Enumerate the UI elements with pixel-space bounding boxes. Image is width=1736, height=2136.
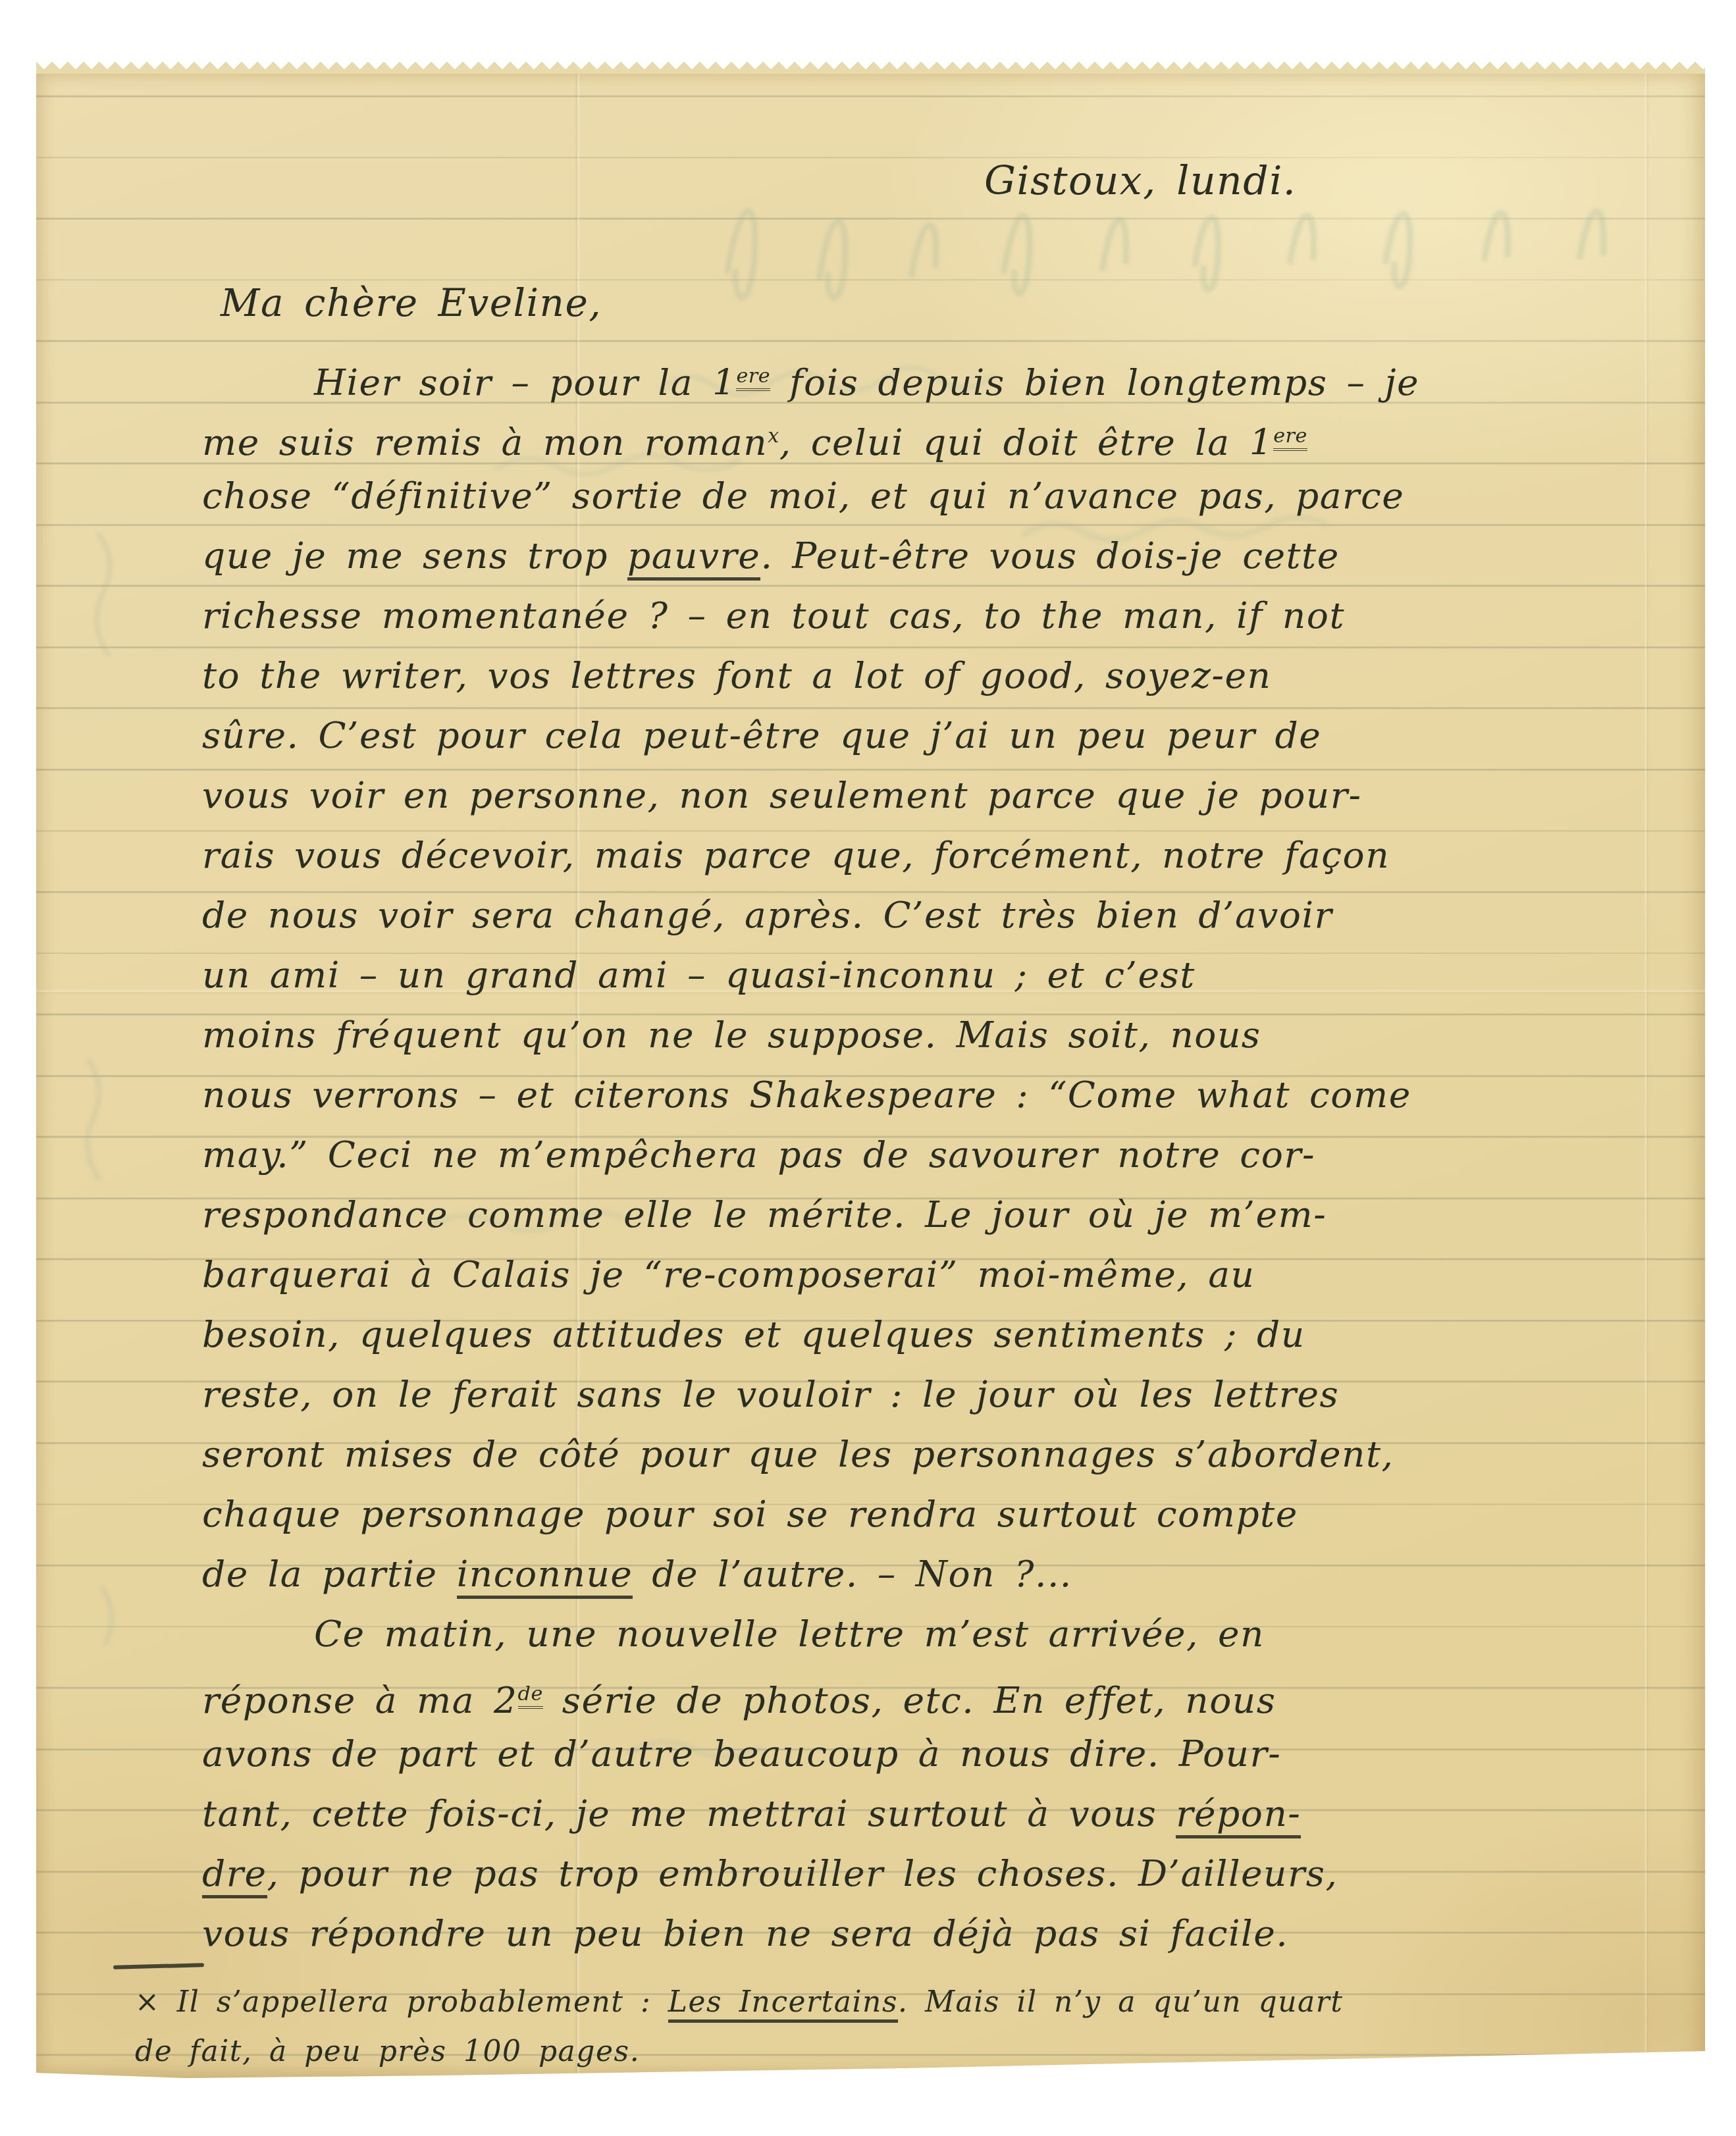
text-segment: de nous voir sera changé, après. C’est t… [202, 894, 1332, 936]
handwritten-line: de la partie inconnue de l’autre. – Non … [202, 1544, 1419, 1604]
text-segment: un ami – un grand ami – quasi-inconnu ; … [202, 954, 1196, 996]
text-segment: chose “définitive” sortie de moi, et qui… [202, 475, 1404, 517]
text-segment: Les Incertains [668, 1985, 898, 2023]
text-segment: Ce matin, une nouvelle lettre m’est arri… [314, 1613, 1265, 1655]
text-segment: seront mises de côté pour que les person… [202, 1433, 1394, 1475]
handwritten-line: Hier soir – pour la 1ere fois depuis bie… [202, 346, 1419, 406]
text-segment: barquerai à Calais je “re-composerai” mo… [202, 1253, 1255, 1295]
handwritten-line: dre, pour ne pas trop embrouiller les ch… [202, 1844, 1419, 1904]
handwritten-line: chaque personnage pour soi se rendra sur… [202, 1484, 1419, 1544]
salutation: Ma chère Eveline, [221, 280, 602, 325]
handwritten-line: reste, on le ferait sans le vouloir : le… [202, 1365, 1419, 1424]
vertical-fold-crease [1644, 74, 1649, 2079]
text-segment: respondance comme elle le mérite. Le jou… [202, 1193, 1327, 1236]
handwritten-line: tant, cette fois-ci, je me mettrai surto… [202, 1784, 1419, 1844]
text-segment: to the writer, vos lettres font a lot of… [202, 654, 1271, 696]
handwritten-line: besoin, quelques attitudes et quelques s… [202, 1305, 1419, 1365]
handwritten-line: seront mises de côté pour que les person… [202, 1424, 1419, 1484]
handwritten-line: un ami – un grand ami – quasi-inconnu ; … [202, 945, 1419, 1005]
text-segment: avons de part et d’autre beaucoup à nous… [202, 1732, 1281, 1775]
handwritten-line: Ce matin, une nouvelle lettre m’est arri… [202, 1604, 1419, 1664]
handwritten-line: rais vous décevoir, mais parce que, forc… [202, 825, 1419, 885]
handwritten-line: sûre. C’est pour cela peut-être que j’ai… [202, 706, 1419, 766]
text-segment: may.” Ceci ne m’empêchera pas de savoure… [202, 1133, 1315, 1176]
handwritten-line: nous verrons – et citerons Shakespeare :… [202, 1065, 1419, 1125]
text-segment: moins fréquent qu’on ne le suppose. Mais… [202, 1014, 1261, 1056]
text-segment: inconnue [457, 1553, 633, 1599]
handwritten-line: vous répondre un peu bien ne sera déjà p… [202, 1904, 1419, 1964]
text-segment: de [518, 1682, 543, 1709]
text-segment: dre [202, 1852, 267, 1898]
footnote: × Il s’appellera probablement : Les Ince… [135, 1977, 1344, 2076]
handwritten-line: chose “définitive” sortie de moi, et qui… [202, 466, 1419, 526]
handwritten-line: richesse momentanée ? – en tout cas, to … [202, 586, 1419, 646]
handwritten-line: de nous voir sera changé, après. C’est t… [202, 885, 1419, 945]
handwritten-line: avons de part et d’autre beaucoup à nous… [202, 1724, 1419, 1784]
handwritten-line: réponse à ma 2de série de photos, etc. E… [202, 1664, 1419, 1724]
text-segment: vous répondre un peu bien ne sera déjà p… [202, 1912, 1288, 1954]
text-segment: reste, on le ferait sans le vouloir : le… [202, 1373, 1339, 1415]
text-segment: ere [736, 365, 770, 391]
text-segment: réponse à ma 2 [202, 1679, 518, 1721]
letter-body: Hier soir – pour la 1ere fois depuis bie… [202, 346, 1419, 1964]
text-segment: tant, cette fois-ci, je me mettrai surto… [202, 1792, 1176, 1835]
handwritten-line: moins fréquent qu’on ne le suppose. Mais… [202, 1005, 1419, 1065]
text-segment: , pour ne pas trop embrouiller les chose… [267, 1852, 1338, 1894]
text-segment: x [768, 425, 779, 448]
text-segment: sûre. C’est pour cela peut-être que j’ai… [202, 714, 1321, 756]
handwritten-line: respondance comme elle le mérite. Le jou… [202, 1185, 1419, 1245]
text-segment: fois depuis bien longtemps – je [770, 361, 1419, 404]
text-segment: de la partie [202, 1553, 457, 1595]
text-segment: richesse momentanée ? – en tout cas, to … [202, 594, 1345, 637]
text-segment: de fait, à peu près 100 pages. [135, 2035, 640, 2068]
torn-perforated-edge [36, 57, 1705, 74]
text-segment: Hier soir – pour la 1 [314, 361, 736, 404]
text-segment: me suis remis à mon roman [202, 421, 768, 463]
handwritten-line: to the writer, vos lettres font a lot of… [202, 646, 1419, 706]
handwritten-line: que je me sens trop pauvre. Peut-être vo… [202, 526, 1419, 586]
text-segment: série de photos, etc. En effet, nous [543, 1679, 1276, 1721]
scanned-letter-screenshot: { "colors": { "paper": "#e8d7a3", "ink":… [0, 0, 1736, 2136]
text-segment: vous voir en personne, non seulement par… [202, 774, 1362, 816]
text-segment: pauvre [627, 534, 760, 581]
handwritten-line: barquerai à Calais je “re-composerai” mo… [202, 1245, 1419, 1305]
text-segment: chaque personnage pour soi se rendra sur… [202, 1493, 1298, 1535]
text-segment: répon- [1176, 1792, 1301, 1838]
text-segment: × Il s’appellera probablement : [135, 1985, 668, 2019]
text-segment: , celui qui doit être la 1 [779, 421, 1273, 463]
text-segment: que je me sens trop [202, 534, 627, 577]
letter-page: Gistoux, lundi. Ma chère Eveline, Hier s… [36, 74, 1705, 2079]
dateline: Gistoux, lundi. [984, 158, 1296, 204]
text-segment: . Mais il n’y a qu’un quart [898, 1985, 1344, 2019]
handwritten-line: me suis remis à mon romanx, celui qui do… [202, 406, 1419, 466]
text-segment: besoin, quelques attitudes et quelques s… [202, 1313, 1305, 1355]
text-segment: nous verrons – et citerons Shakespeare :… [202, 1074, 1411, 1116]
text-segment: de l’autre. – Non ?... [633, 1553, 1072, 1595]
handwritten-line: may.” Ceci ne m’empêchera pas de savoure… [202, 1125, 1419, 1185]
handwritten-line: vous voir en personne, non seulement par… [202, 766, 1419, 825]
handwritten-line: de fait, à peu près 100 pages. [135, 2027, 1344, 2076]
text-segment: . Peut-être vous dois-je cette [760, 534, 1339, 577]
handwritten-line: × Il s’appellera probablement : Les Ince… [135, 1977, 1344, 2027]
text-segment: ere [1273, 425, 1307, 451]
text-segment: rais vous décevoir, mais parce que, forc… [202, 834, 1390, 876]
